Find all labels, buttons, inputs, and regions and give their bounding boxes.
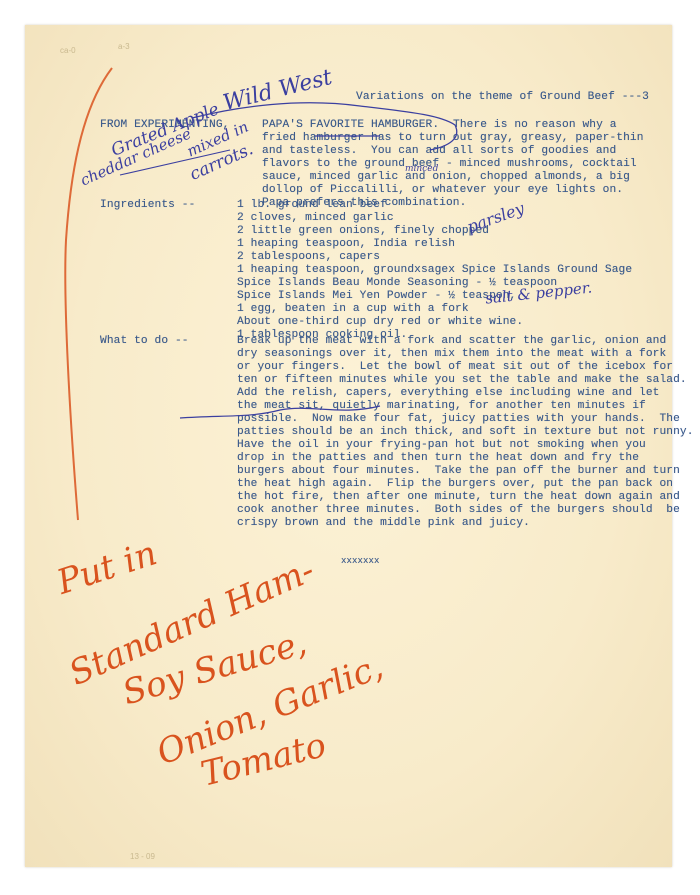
- directions-label: What to do --: [100, 335, 189, 347]
- direction-line: the heat high again. Flip the burgers ov…: [237, 478, 673, 490]
- ingredient-item: Spice Islands Mei Yen Powder - ½ teaspon…: [237, 290, 516, 302]
- direction-line: ten or fifteen minutes while you set the…: [237, 374, 687, 386]
- ingredient-item: 2 cloves, minced garlic: [237, 212, 394, 224]
- direction-line: cook another three minutes. Both sides o…: [237, 504, 680, 516]
- intro-line: flavors to the ground beef - minced mush…: [262, 158, 637, 170]
- direction-line: the meat sit, quietly marinating, for an…: [237, 400, 646, 412]
- intro-line: fried hamburger has to turn out gray, gr…: [262, 132, 644, 144]
- page-header: Variations on the theme of Ground Beef -…: [356, 91, 649, 103]
- ingredient-item: 2 little green onions, finely chopped: [237, 225, 489, 237]
- direction-line: patties should be an inch thick, and sof…: [237, 426, 694, 438]
- corner-mark-right: a-3: [118, 42, 130, 51]
- bottom-faint-mark: 13 - 09: [130, 852, 155, 861]
- direction-line: Have the oil in your frying-pan hot but …: [237, 439, 646, 451]
- direction-line: Add the relish, capers, everything else …: [237, 387, 659, 399]
- direction-line: drop in the patties and then turn the he…: [237, 452, 639, 464]
- direction-line: burgers about four minutes. Take the pan…: [237, 465, 680, 477]
- direction-line: dry seasonings over it, then mix them in…: [237, 348, 666, 360]
- intro-line: and tasteless. You can add all sorts of …: [262, 145, 616, 157]
- direction-line: crispy brown and the middle pink and jui…: [237, 517, 530, 529]
- intro-line: dollop of Piccalilli, or whatever your e…: [262, 184, 623, 196]
- handwritten-minced-insert: minced: [405, 164, 438, 174]
- ingredient-item: 1 heaping teaspoon, India relish: [237, 238, 455, 250]
- corner-mark-left: ca-0: [60, 46, 76, 55]
- end-mark: xxxxxxx: [341, 555, 380, 567]
- ingredient-item: 1 heaping teaspoon, groundxsagex Spice I…: [237, 264, 632, 276]
- direction-line: Break up the meat with a fork and scatte…: [237, 335, 666, 347]
- recipe-title: PAPA'S FAVORITE HAMBURGER.: [262, 119, 439, 131]
- intro-line: sauce, minced garlic and onion, chopped …: [262, 171, 630, 183]
- ingredients-label: Ingredients --: [100, 199, 195, 211]
- ingredient-item: 2 tablespoons, capers: [237, 251, 380, 263]
- direction-line: possible. Now make four fat, juicy patti…: [237, 413, 680, 425]
- direction-line: or your fingers. Let the bowl of meat si…: [237, 361, 673, 373]
- ingredient-item: 1 egg, beaten in a cup with a fork: [237, 303, 469, 315]
- intro-line: There is no reason why a: [453, 119, 617, 131]
- direction-line: the hot fire, then after one minute, tur…: [237, 491, 680, 503]
- ingredient-item: About one-third cup dry red or white win…: [237, 316, 523, 328]
- ingredient-item: 1 lb. ground lean beef: [237, 199, 387, 211]
